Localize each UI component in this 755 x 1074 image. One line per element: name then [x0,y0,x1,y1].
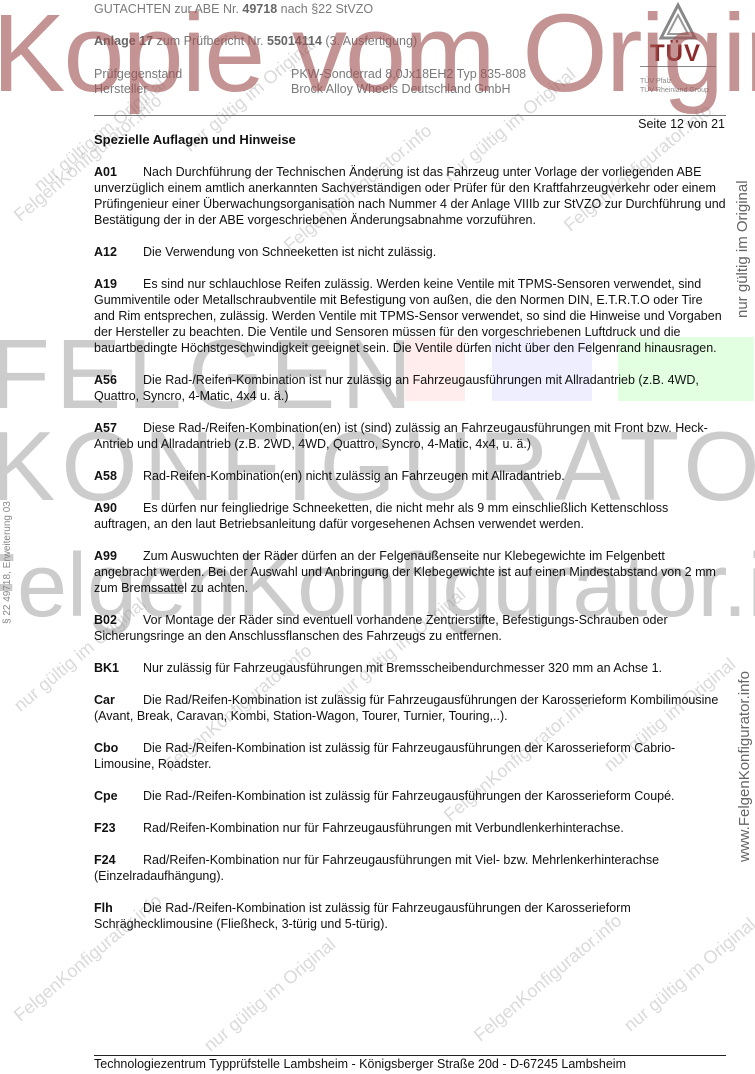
note-code: A90 [94,500,143,516]
note-text: Die Rad-/Reifen-Kombination ist zulässig… [94,901,631,931]
tuv-logo-rule [640,66,716,67]
header-gutachten-line: GUTACHTEN zur ABE Nr. 49718 nach §22 StV… [94,2,373,16]
document-page: FELGEN KONFIGURATOR FelgenKonfigurator.i… [0,0,755,1074]
note-code: A57 [94,420,143,436]
note-item: A56Die Rad-/Reifen-Kombination ist nur z… [94,372,726,404]
note-item: FlhDie Rad-/Reifen-Kombination ist zuläs… [94,900,726,932]
note-item: CboDie Rad-/Reifen-Kombination ist zuläs… [94,740,726,772]
note-text: Vor Montage der Räder sind eventuell vor… [94,613,668,643]
note-item: A01Nach Durchführung der Technischen Änd… [94,164,726,228]
note-text: Die Rad-/Reifen-Kombination ist zulässig… [143,789,675,803]
note-item: A12Die Verwendung von Schneeketten ist n… [94,244,726,260]
note-text: Die Rad-/Reifen-Kombination ist nur zulä… [94,373,699,403]
note-item: B02Vor Montage der Räder sind eventuell … [94,612,726,644]
note-code: F23 [94,820,143,836]
tuv-logo-sub2: TÜV Rheinland Group [640,87,709,94]
note-code: Car [94,692,143,708]
header-text: nach §22 StVZO [277,2,373,16]
note-text: Rad/Reifen-Kombination nur für Fahrzeuga… [143,821,624,835]
header-text: (3. Ausfertigung) [322,34,417,48]
note-item: A57Diese Rad-/Reifen-Kombination(en) ist… [94,420,726,452]
header-anlage-line: Anlage 17 zum Prüfbericht Nr. 55014114 (… [94,34,417,48]
note-text: Zum Auswuchten der Räder dürfen an der F… [94,549,716,595]
field-value-hersteller: Brock Alloy Wheels Deutschland GmbH [291,82,511,96]
note-text: Nach Durchführung der Technischen Änderu… [94,165,726,227]
note-text: Es sind nur schlauchlose Reifen zulässig… [94,277,722,355]
note-item: BK1Nur zulässig für Fahrzeugausführungen… [94,660,726,676]
note-code: A56 [94,372,143,388]
abe-number: 49718 [242,2,277,16]
report-number: 55014114 [267,34,322,48]
note-item: A19Es sind nur schlauchlose Reifen zuläs… [94,276,726,356]
tuv-logo-word: TÜV [650,40,701,68]
footer-address: Technologiezentrum Typprüfstelle Lambshe… [94,1057,626,1071]
notes-list: A01Nach Durchführung der Technischen Änd… [94,164,726,948]
header-text: GUTACHTEN zur ABE Nr. [94,2,242,16]
note-code: Cbo [94,740,143,756]
note-item: F24Rad/Reifen-Kombination nur für Fahrze… [94,852,726,884]
section-title: Spezielle Auflagen und Hinweise [94,132,296,147]
note-text: Die Rad/Reifen-Kombination ist zulässig … [94,693,718,723]
watermark-diagonal: nur gültig im Original [200,934,340,1056]
note-text: Rad-Reifen-Kombination(en) nicht zulässi… [143,469,565,483]
field-label-hersteller: Hersteller [94,82,148,96]
note-item: F23Rad/Reifen-Kombination nur für Fahrze… [94,820,726,836]
note-text: Die Verwendung von Schneeketten ist nich… [143,245,436,259]
note-code: A01 [94,164,143,180]
note-code: A19 [94,276,143,292]
note-code: F24 [94,852,143,868]
note-item: A58Rad-Reifen-Kombination(en) nicht zulä… [94,468,726,484]
tuv-logo: TÜV TÜV Pfalz TÜV Rheinland Group [640,2,720,98]
note-text: Rad/Reifen-Kombination nur für Fahrzeuga… [94,853,659,883]
note-code: A99 [94,548,143,564]
footer-divider [94,1055,726,1056]
header-divider [94,115,726,116]
side-watermark-right-top: nur gültig im Original [734,180,751,318]
anlage-number: 17 [139,34,153,48]
note-text: Nur zulässig für Fahrzeugausführungen mi… [143,661,662,675]
note-text: Die Rad-/Reifen-Kombination ist zulässig… [94,741,675,771]
note-code: Flh [94,900,143,916]
side-watermark-left: § 22 49718, Erweiterung 03 [2,501,13,624]
note-item: A99Zum Auswuchten der Räder dürfen an de… [94,548,726,596]
note-code: B02 [94,612,143,628]
note-code: BK1 [94,660,143,676]
note-text: Es dürfen nur feingliedrige Schneeketten… [94,501,668,531]
header-text: zum Prüfbericht Nr. [153,34,267,48]
note-item: CpeDie Rad-/Reifen-Kombination ist zuläs… [94,788,726,804]
note-code: A58 [94,468,143,484]
tuv-triangle-icon [658,2,698,42]
field-value-pruefgegenstand: PKW-Sonderrad 8,0Jx18EH2 Typ 835-808 [291,67,526,81]
tuv-logo-sub1: TÜV Pfalz [640,78,672,85]
note-text: Diese Rad-/Reifen-Kombination(en) ist (s… [94,421,708,451]
page-number: Seite 12 von 21 [638,117,725,131]
field-label-pruefgegenstand: Prüfgegenstand [94,67,182,81]
note-item: CarDie Rad/Reifen-Kombination ist zuläss… [94,692,726,724]
note-code: A12 [94,244,143,260]
note-item: A90Es dürfen nur feingliedrige Schneeket… [94,500,726,532]
side-watermark-right-bottom: www.FelgenKonfigurator.info [736,671,753,862]
header-text: Anlage [94,34,139,48]
note-code: Cpe [94,788,143,804]
